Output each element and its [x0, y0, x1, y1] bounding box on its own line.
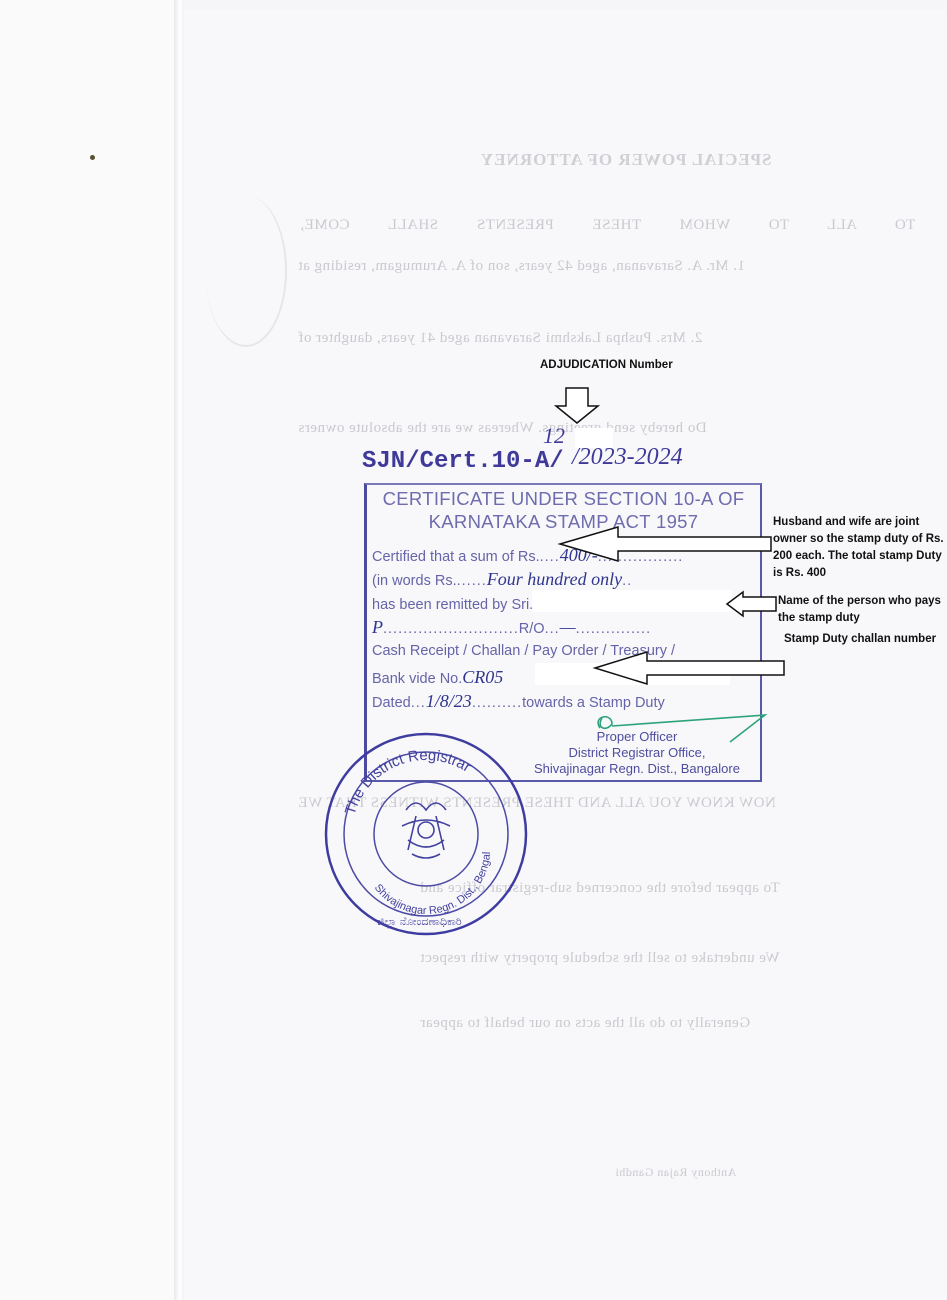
- faded-line: Do hereby send greetings. Whereas we are…: [298, 420, 707, 437]
- svg-text:ಜಿಲ್ಲಾ ನೋಂದಣಾಧಿಕಾರಿ: ಜಿಲ್ಲಾ ನೋಂದಣಾಧಿಕಾರಿ: [377, 916, 462, 929]
- faded-signature-block: Anthony Rajan Gandhi: [615, 1165, 736, 1180]
- adjudication-label: ADJUDICATION Number: [540, 357, 673, 374]
- dated-value: 1/8/23: [426, 691, 472, 711]
- words-row: (in words Rs.......Four hundred only..: [372, 569, 632, 590]
- faded-line: We undertake to sell the schedule proper…: [420, 950, 780, 967]
- ro-row: P...........................R/O...—.....…: [372, 617, 651, 638]
- challan-note: Stamp Duty challan number: [784, 631, 936, 648]
- redacted-payer-name: [532, 590, 732, 612]
- faded-line: 1. Mr. A. Saravanan, aged 42 years, son …: [298, 258, 745, 275]
- faded-document-title: SPECIAL POWER OF ATTORNEY: [480, 150, 772, 170]
- stamp-duty-note: Husband and wife are joint owner so the …: [773, 514, 947, 582]
- ink-speck: [90, 155, 95, 160]
- dated-row: Dated...1/8/23..........towards a Stamp …: [372, 691, 665, 712]
- payer-note: Name of the person who pays the stamp du…: [778, 593, 947, 627]
- certificate-reference: SJN/Cert.10-A/: [362, 448, 564, 475]
- officer-location: Shivajinagar Regn. Dist., Bangalore: [497, 761, 777, 777]
- facing-page: [0, 0, 176, 1300]
- certificate-title: CERTIFICATE UNDER SECTION 10-A OF: [367, 488, 760, 510]
- district-registrar-seal: The District Registrar Shivajinagar Regn…: [322, 730, 530, 938]
- bank-row: Bank vide No.CR05: [372, 667, 503, 688]
- left-arrow-icon: [560, 527, 772, 561]
- officer-signature: [590, 710, 770, 750]
- challan-value: CR05: [462, 667, 503, 687]
- words-value: Four hundred only: [487, 569, 622, 589]
- page-fold: [174, 0, 184, 1300]
- left-arrow-icon: [727, 592, 777, 616]
- certificate-year: /2023-2024: [572, 444, 683, 471]
- adjudication-number: 12: [543, 423, 565, 449]
- faded-line: TO ALL TO WHOM THESE PRESENTS SHALL COME…: [300, 217, 915, 234]
- down-arrow-icon: [556, 388, 600, 424]
- left-arrow-icon: [595, 652, 785, 684]
- faded-line: Generally to do all the acts on our beha…: [420, 1015, 750, 1032]
- faded-seal-left: [205, 195, 287, 347]
- faded-line: 2. Mrs. Pushpa Lakshmi Saravanan aged 41…: [298, 330, 702, 347]
